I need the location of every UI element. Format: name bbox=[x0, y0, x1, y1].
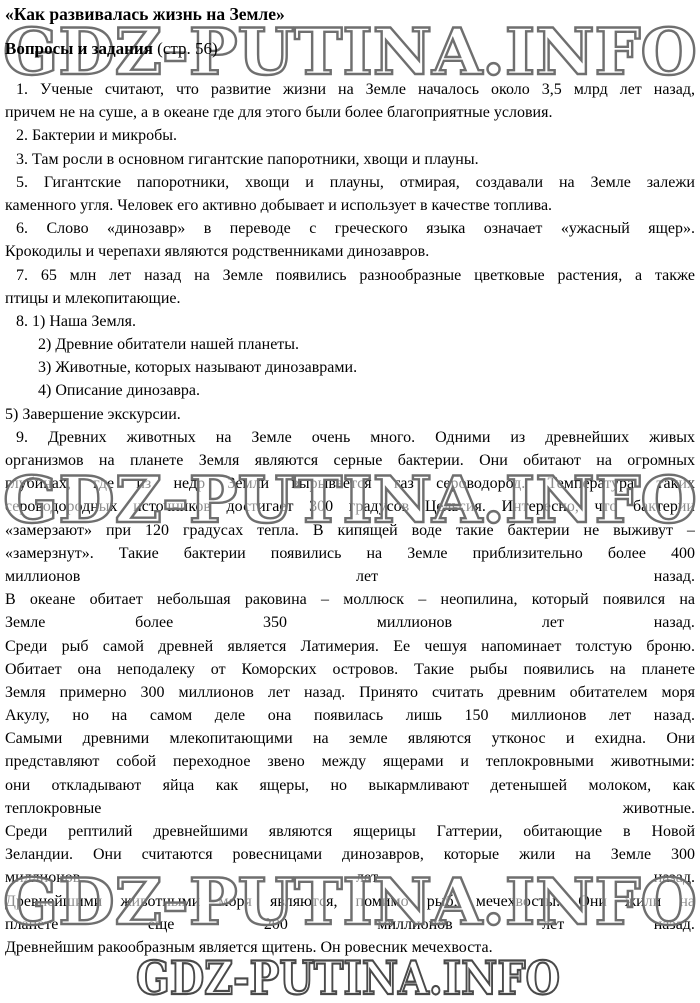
text-line: каменного угля. Человек его активно добы… bbox=[5, 194, 695, 217]
text-line: Самыми древними млекопитающими на земле … bbox=[5, 727, 695, 750]
text-line: 2) Древние обитатели нашей планеты. bbox=[5, 333, 695, 356]
text-line: 8. 1) Наша Земля. bbox=[5, 310, 695, 333]
subtitle-bold: Вопросы и задания bbox=[5, 39, 153, 58]
text-line: причем не на суше, а в океане где для эт… bbox=[5, 101, 695, 124]
text-word: назад. bbox=[654, 866, 695, 889]
text-word: более bbox=[135, 611, 173, 634]
text-line: теплокровныеживотные. bbox=[5, 797, 695, 820]
text-line: сероводородных источников достигает 300 … bbox=[5, 495, 695, 518]
text-word: еще bbox=[148, 913, 175, 936]
text-line: 3) Животные, которых называют динозаврам… bbox=[5, 356, 695, 379]
text-line: Акулу, но на самом деле она появилась ли… bbox=[5, 704, 695, 727]
text-word: лет bbox=[356, 866, 378, 889]
text-word: миллионов bbox=[5, 565, 80, 588]
text-line: организмов на планете Земля являются сер… bbox=[5, 449, 695, 472]
text-line: 5. Гигантские папоротники, хвощи и плаун… bbox=[5, 171, 695, 194]
text-word: миллионов bbox=[377, 611, 452, 634]
text-line: 5) Завершение экскурсии. bbox=[5, 403, 695, 426]
text-word: лет bbox=[542, 913, 564, 936]
text-line: представляют собой переходное звено межд… bbox=[5, 750, 695, 773]
text-line: птицы и млекопитающие. bbox=[5, 287, 695, 310]
text-word: назад. bbox=[654, 611, 695, 634]
text-line: 3. Там росли в основном гигантские папор… bbox=[5, 148, 695, 171]
subtitle-page-ref: (стр. 56) bbox=[153, 39, 218, 58]
text-lines: 1. Ученые считают, что развитие жизни на… bbox=[5, 78, 695, 959]
text-word: назад. bbox=[654, 913, 695, 936]
text-word: миллионов bbox=[5, 866, 80, 889]
text-line: 2. Бактерии и микробы. bbox=[5, 124, 695, 147]
page-title: «Как развивалась жизнь на Земле» bbox=[5, 4, 285, 25]
text-word: лет bbox=[542, 611, 564, 634]
text-line: Обитает она неподалеку от Коморских остр… bbox=[5, 658, 695, 681]
text-line: планетееще200миллионовлетназад. bbox=[5, 913, 695, 936]
text-line: 4) Описание динозавра. bbox=[5, 379, 695, 402]
text-word: назад. bbox=[654, 565, 695, 588]
text-word: миллионов bbox=[377, 913, 452, 936]
text-line: Среди рыб самой древней является Латимер… bbox=[5, 635, 695, 658]
text-word: 200 bbox=[264, 913, 288, 936]
text-line: 7. 65 млн лет назад на Земле появились р… bbox=[5, 264, 695, 287]
text-line: 9. Древних животных на Земле очень много… bbox=[5, 426, 695, 449]
text-word: лет bbox=[356, 565, 378, 588]
text-line: «замерзнут». Такие бактерии появились на… bbox=[5, 542, 695, 565]
text-line: В океане обитает небольшая раковина – мо… bbox=[5, 588, 695, 611]
text-line: Земля примерно 300 миллионов лет назад. … bbox=[5, 681, 695, 704]
text-line: 6. Слово «динозавр» в переводе с греческ… bbox=[5, 217, 695, 240]
section-subtitle: Вопросы и задания (стр. 56) bbox=[5, 39, 218, 59]
text-line: Зеландии. Они считаются ровесницами дино… bbox=[5, 843, 695, 866]
text-word: 350 bbox=[263, 611, 287, 634]
text-line: Крокодилы и черепахи являются родственни… bbox=[5, 240, 695, 263]
text-line: они откладывают яйца как ящеры, но выкар… bbox=[5, 774, 695, 797]
text-word: планете bbox=[5, 913, 58, 936]
watermark-text: GDZ-PUTINA.INFO bbox=[136, 952, 560, 1003]
watermark-bottom: GDZ-PUTINA.INFO bbox=[130, 952, 570, 1003]
text-line: миллионовлетназад. bbox=[5, 866, 695, 889]
text-line: Древнейшим ракообразным является щитень.… bbox=[5, 936, 695, 959]
text-line: Древнейшими животными моря являются, пом… bbox=[5, 890, 695, 913]
text-word: животные. bbox=[623, 797, 695, 820]
text-word: теплокровные bbox=[5, 797, 101, 820]
text-line: «замерзают» при 120 градусах тепла. В ки… bbox=[5, 519, 695, 542]
text-line: 1. Ученые считают, что развитие жизни на… bbox=[5, 78, 695, 101]
text-line: глубинах, где из недр Земли вырывается г… bbox=[5, 472, 695, 495]
text-line: Среди рептилий древнейшими являются ящер… bbox=[5, 820, 695, 843]
text-line: Землеболее350миллионовлетназад. bbox=[5, 611, 695, 634]
text-word: Земле bbox=[5, 611, 45, 634]
text-line: миллионовлетназад. bbox=[5, 565, 695, 588]
